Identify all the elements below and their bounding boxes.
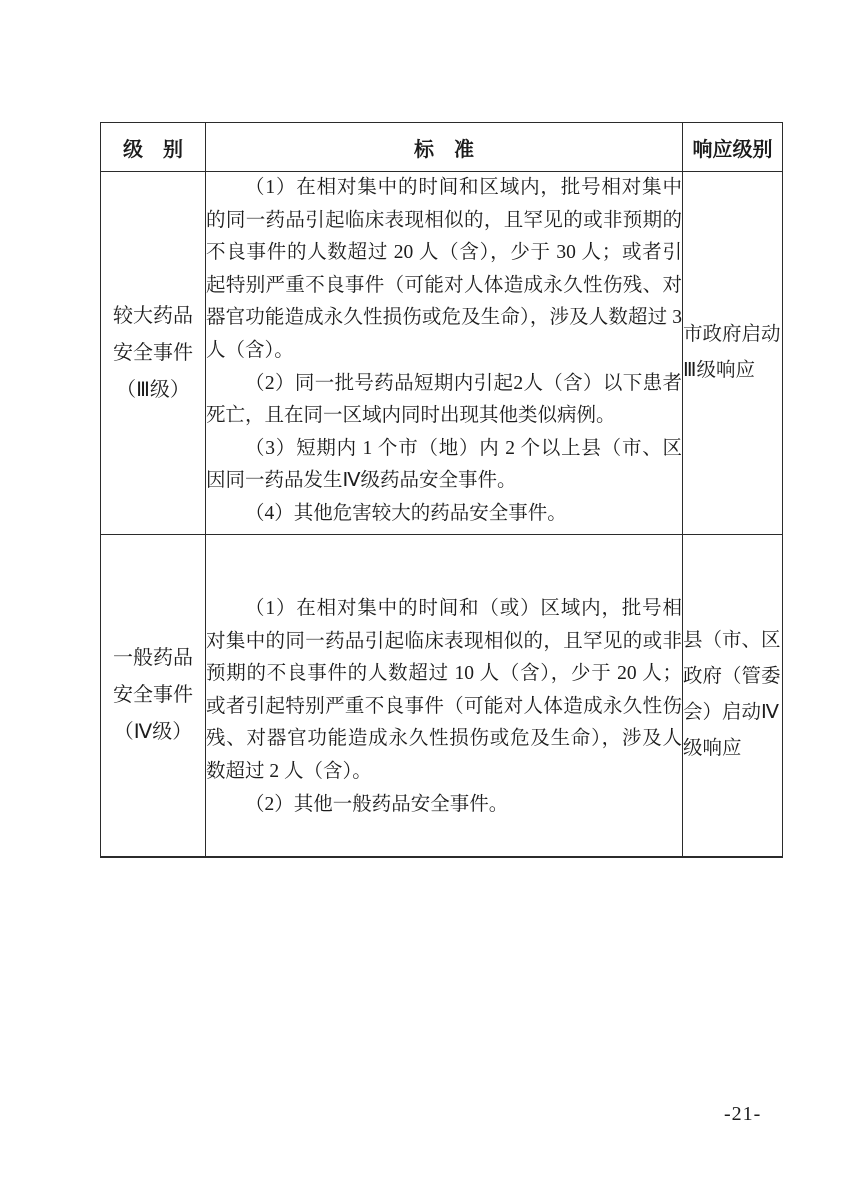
criteria-paragraph: （2）其他一般药品安全事件。 xyxy=(206,789,682,822)
column-header-criteria: 标 准 xyxy=(206,123,683,172)
criteria-paragraph: （2）同一批号药品短期内引起2人（含）以下患者死亡，且在同一区域内同时出现其他类… xyxy=(206,368,682,433)
criteria-paragraph: （4）其他危害较大的药品安全事件。 xyxy=(206,498,682,531)
criteria-paragraph: （1）在相对集中的时间和（或）区域内，批号相对集中的同一药品引起临床表现相似的，… xyxy=(206,593,682,789)
criteria-paragraph: （1）在相对集中的时间和区域内，批号相对集中的同一药品引起临床表现相似的，且罕见… xyxy=(206,172,682,368)
level-cell-grade4: 一般药品 安全事件 （Ⅳ级） xyxy=(101,535,206,857)
criteria-cell-grade4: （1）在相对集中的时间和（或）区域内，批号相对集中的同一药品引起临床表现相似的，… xyxy=(206,535,683,857)
drug-safety-criteria-table: 级 别 标 准 响应级别 较大药品 安全事件 （Ⅲ级） （1）在相对集中的时间和… xyxy=(100,122,783,858)
level-cell-grade3: 较大药品 安全事件 （Ⅲ级） xyxy=(101,172,206,535)
table-row-major-incident: 较大药品 安全事件 （Ⅲ级） （1）在相对集中的时间和区域内，批号相对集中的同一… xyxy=(101,172,783,535)
criteria-paragraph: （3）短期内 1 个市（地）内 2 个以上县（市、区因同一药品发生Ⅳ级药品安全事… xyxy=(206,433,682,498)
criteria-cell-grade3: （1）在相对集中的时间和区域内，批号相对集中的同一药品引起临床表现相似的，且罕见… xyxy=(206,172,683,535)
table-row-general-incident: 一般药品 安全事件 （Ⅳ级） （1）在相对集中的时间和（或）区域内，批号相对集中… xyxy=(101,535,783,857)
response-cell-grade4: 县（市、区 政府（管委 会）启动Ⅳ 级响应 xyxy=(683,535,783,857)
page-number: -21- xyxy=(724,1103,761,1126)
column-header-response-level: 响应级别 xyxy=(683,123,783,172)
response-cell-grade3: 市政府启动 Ⅲ级响应 xyxy=(683,172,783,535)
table-header-row: 级 别 标 准 响应级别 xyxy=(101,123,783,172)
column-header-level: 级 别 xyxy=(101,123,206,172)
